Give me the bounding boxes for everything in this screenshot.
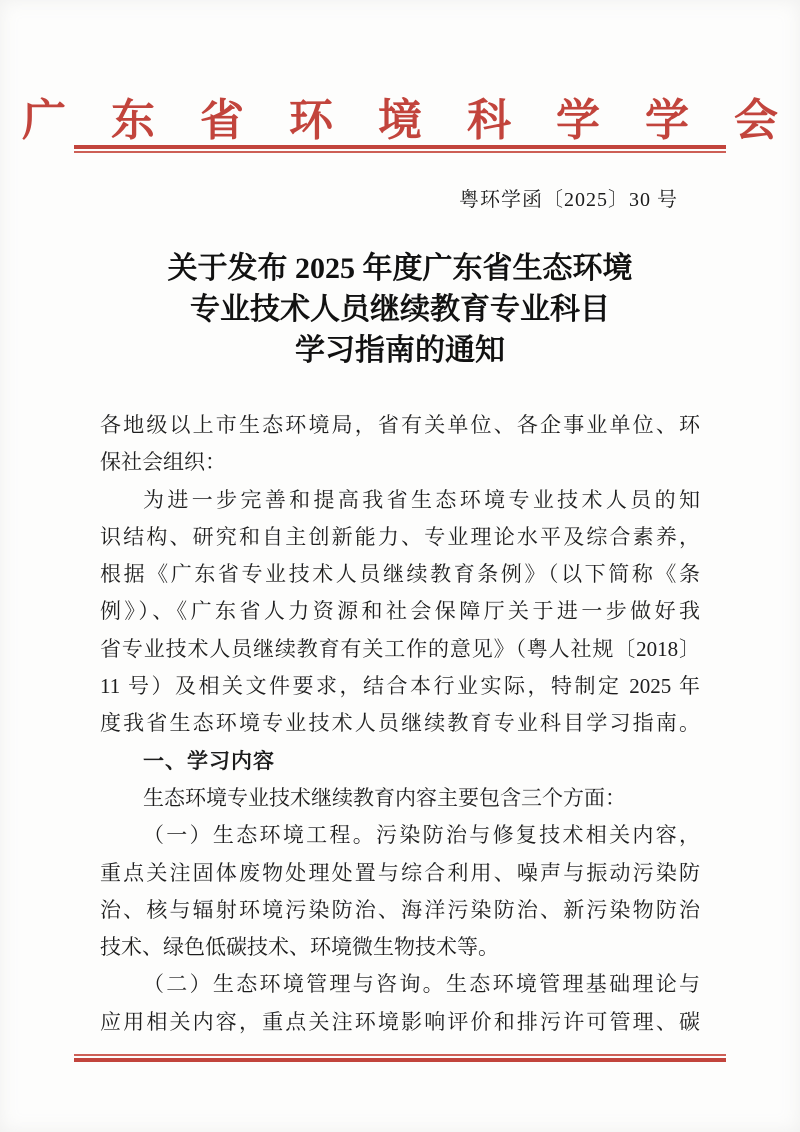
body-line: 根据《广东省专业技术人员继续教育条例》（以下简称《条 — [100, 556, 700, 593]
body-line: 生态环境专业技术继续教育内容主要包含三个方面： — [100, 780, 700, 817]
body-line: 省专业技术人员继续教育有关工作的意见》（粤人社规〔2018〕 — [100, 631, 700, 668]
title-line-1: 关于发布 2025 年度广东省生态环境 — [0, 248, 800, 289]
body-line: 保社会组织： — [100, 444, 700, 481]
body-line: 度我省生态环境专业技术人员继续教育专业科目学习指南。 — [100, 705, 700, 742]
document-body: 各地级以上市生态环境局，省有关单位、各企事业单位、环 保社会组织： 为进一步完善… — [100, 407, 700, 1041]
body-line: 例》）、《广东省人力资源和社会保障厅关于进一步做好我 — [100, 593, 700, 630]
body-line: 技术、绿色低碳技术、环境微生物技术等。 — [100, 929, 700, 966]
body-line: 为进一步完善和提高我省生态环境专业技术人员的知 — [100, 482, 700, 519]
body-line: 治、核与辐射环境污染防治、海洋污染防治、新污染物防治 — [100, 892, 700, 929]
body-line: 各地级以上市生态环境局，省有关单位、各企事业单位、环 — [100, 407, 700, 444]
footer-double-rule — [74, 1054, 726, 1062]
body-line: （二）生态环境管理与咨询。生态环境管理基础理论与 — [100, 966, 700, 1003]
title-line-3: 学习指南的通知 — [0, 330, 800, 371]
rule-thick-bar — [74, 1058, 726, 1062]
letterhead-double-rule — [74, 145, 726, 153]
body-line: 11 号）及相关文件要求，结合本行业实际，特制定 2025 年 — [100, 668, 700, 705]
letterhead-org-name: 广 东 省 环 境 科 学 学 会 — [0, 84, 800, 148]
document-number: 粤环学函〔2025〕30 号 — [0, 183, 678, 212]
rule-thin-bar — [74, 151, 726, 153]
body-line: 应用相关内容，重点关注环境影响评价和排污许可管理、碳 — [100, 1004, 700, 1041]
title-line-2: 专业技术人员继续教育专业科目 — [0, 289, 800, 330]
section-heading-line: 一、学习内容 — [100, 743, 700, 780]
body-line: 识结构、研究和自主创新能力、专业理论水平及综合素养， — [100, 519, 700, 556]
document-page: 广 东 省 环 境 科 学 学 会 粤环学函〔2025〕30 号 关于发布 20… — [0, 0, 800, 1132]
document-title: 关于发布 2025 年度广东省生态环境 专业技术人员继续教育专业科目 学习指南的… — [0, 248, 800, 371]
body-line: （一）生态环境工程。污染防治与修复技术相关内容， — [100, 817, 700, 854]
body-line: 重点关注固体废物处理处置与综合利用、噪声与振动污染防 — [100, 855, 700, 892]
